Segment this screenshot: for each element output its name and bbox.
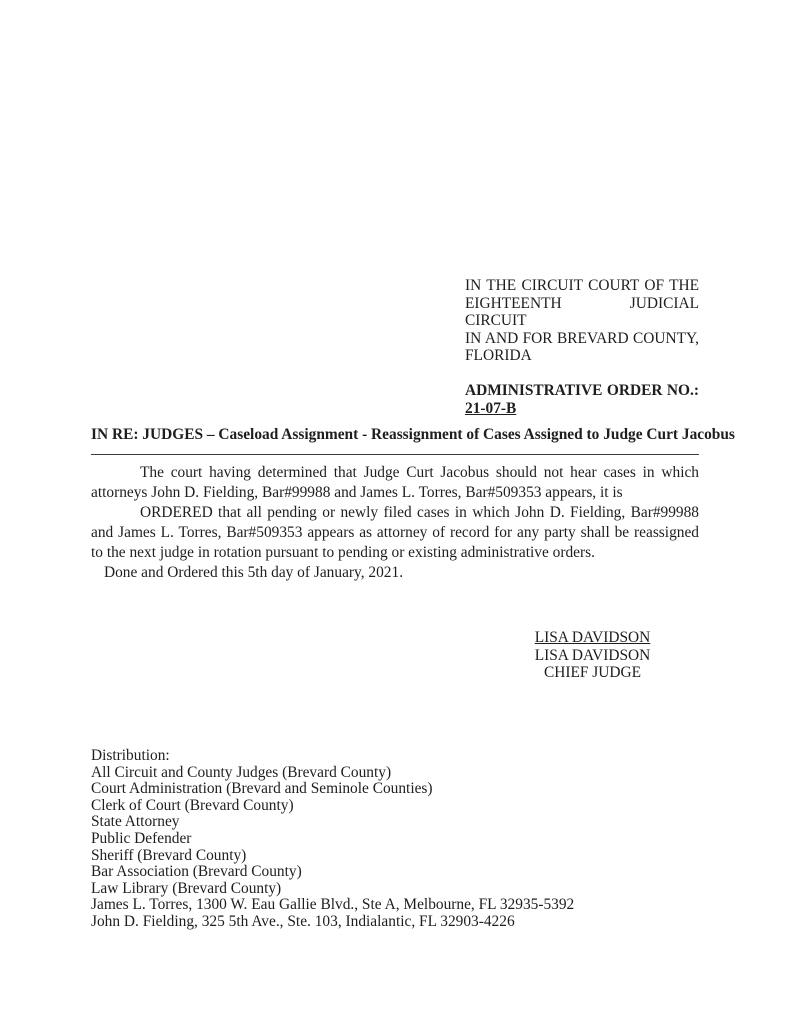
distribution-item: State Attorney xyxy=(91,814,651,831)
distribution-item: Bar Association (Brevard County) xyxy=(91,864,651,881)
admin-order-label: ADMINISTRATIVE ORDER NO.: xyxy=(465,382,699,400)
case-title: IN RE: JUDGES – Caseload Assignment - Re… xyxy=(91,426,741,444)
order-body: The court having determined that Judge C… xyxy=(91,463,699,583)
signature-signed-name: LISA DAVIDSON xyxy=(465,629,720,647)
title-separator-line xyxy=(91,454,699,455)
distribution-item: James L. Torres, 1300 W. Eau Gallie Blvd… xyxy=(91,897,651,914)
court-caption-line: EIGHTEENTH JUDICIAL CIRCUIT xyxy=(465,295,699,330)
signature-printed-name: LISA DAVIDSON xyxy=(465,647,720,665)
body-paragraph-2: ORDERED that all pending or newly filed … xyxy=(91,503,699,563)
distribution-item: Clerk of Court (Brevard County) xyxy=(91,798,651,815)
distribution-item: Public Defender xyxy=(91,831,651,848)
court-caption-line: FLORIDA xyxy=(465,347,699,365)
done-ordered-line: Done and Ordered this 5th day of January… xyxy=(91,563,699,583)
signature-role: CHIEF JUDGE xyxy=(465,664,720,682)
distribution-label: Distribution: xyxy=(91,748,651,765)
distribution-list: Distribution: All Circuit and County Jud… xyxy=(91,748,651,931)
court-caption: IN THE CIRCUIT COURT OF THE EIGHTEENTH J… xyxy=(465,277,699,417)
distribution-item: Sheriff (Brevard County) xyxy=(91,848,651,865)
document-page: IN THE CIRCUIT COURT OF THE EIGHTEENTH J… xyxy=(0,0,791,1024)
distribution-item: All Circuit and County Judges (Brevard C… xyxy=(91,765,651,782)
body-paragraph-1: The court having determined that Judge C… xyxy=(91,463,699,503)
distribution-item: Court Administration (Brevard and Semino… xyxy=(91,781,651,798)
admin-order-number: 21-07-B xyxy=(465,400,699,418)
distribution-item: John D. Fielding, 325 5th Ave., Ste. 103… xyxy=(91,914,651,931)
distribution-item: Law Library (Brevard County) xyxy=(91,881,651,898)
court-caption-line: IN THE CIRCUIT COURT OF THE xyxy=(465,277,699,295)
court-caption-line: IN AND FOR BREVARD COUNTY, xyxy=(465,330,699,348)
signature-block: LISA DAVIDSON LISA DAVIDSON CHIEF JUDGE xyxy=(465,629,720,682)
